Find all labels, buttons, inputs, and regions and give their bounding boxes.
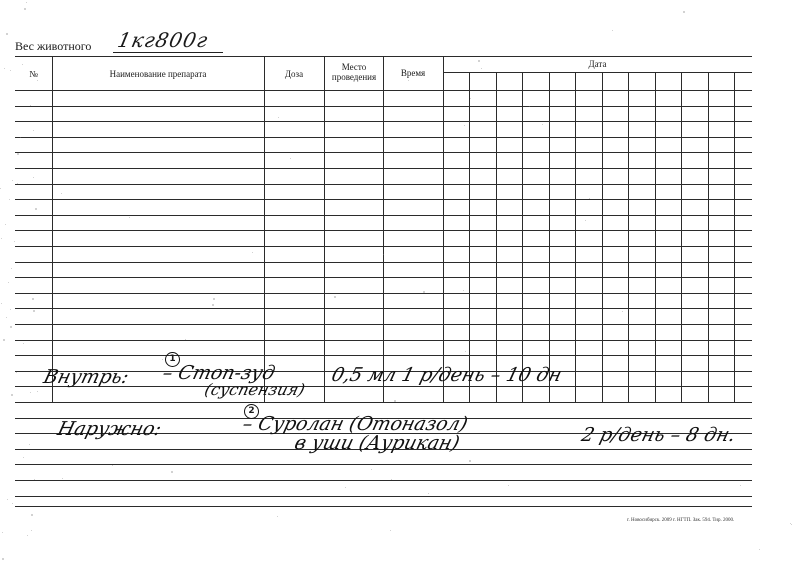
date-column-line [681,72,682,403]
scan-speck [481,68,482,69]
scan-speck [9,199,10,200]
row-line [15,496,752,497]
scan-speck [11,268,12,269]
scan-speck [22,64,23,65]
date-column-line [734,72,735,403]
scan-speck [23,343,24,344]
scan-speck [622,311,623,312]
scan-speck [750,418,751,419]
scan-speck [30,105,31,106]
scan-speck [12,503,13,504]
scan-speck [10,326,12,328]
header-dose: Доза [264,69,324,79]
date-column-line [602,72,603,403]
scan-speck [212,304,214,306]
header-time: Время [383,68,443,78]
scan-speck [383,254,384,255]
scan-speck [31,514,33,516]
column-line [324,56,325,403]
entry-1-drug-note: (суспензия) [203,380,307,399]
scan-speck [213,298,215,300]
scan-speck [37,391,38,392]
scan-speck [29,444,30,445]
scan-speck [33,310,35,312]
entry-1-dose-schedule: 0,5 мл 1 р/день – 10 дн [329,364,564,386]
date-column-line [522,72,523,403]
entry-2-dose-schedule: 2 р/день – 8 дн. [579,424,738,446]
scan-speck [27,535,28,536]
animal-weight-underline [113,52,223,53]
row-line [15,464,752,465]
scan-speck [3,339,5,341]
scan-speck [62,478,63,479]
scan-speck [478,60,480,62]
scan-speck [258,402,259,403]
scan-speck [11,394,13,396]
scan-speck [334,296,336,298]
scan-speck [585,220,586,221]
scan-speck [589,198,590,199]
scan-speck [171,471,173,473]
header-number: № [15,69,52,79]
scan-speck [33,130,34,131]
scan-speck [423,291,425,293]
column-line [52,56,53,403]
scan-speck [7,499,8,500]
scan-speck [1,238,2,239]
scan-speck [290,158,291,159]
scan-speck [30,73,31,74]
animal-weight-label: Вес животного [15,39,91,54]
scan-speck [31,530,32,531]
scan-speck [37,80,38,81]
scan-speck [8,282,9,283]
row-line [15,480,752,481]
scan-speck [371,469,372,470]
scan-speck [508,485,509,486]
scan-speck [162,359,163,360]
column-line [264,56,265,403]
date-column-line [549,72,550,403]
scan-speck [6,33,8,35]
date-column-line [575,72,576,403]
scan-speck [390,530,391,531]
header-place: Место проведения [330,62,378,82]
header-drug-name: Наименование препарата [52,69,264,79]
date-subheader-line [443,72,752,73]
scan-speck [23,457,24,458]
scan-speck [10,309,11,310]
scan-speck [740,485,741,486]
scan-speck [0,188,1,189]
scan-speck [4,68,5,69]
scan-speck [408,80,409,81]
scan-speck [345,487,346,488]
scan-speck [529,106,530,107]
scan-speck [1,303,2,304]
date-column-line [708,72,709,403]
scan-speck [35,208,37,210]
scan-speck [463,290,464,291]
date-column-line [496,72,497,403]
scan-speck [6,317,7,318]
column-line [443,56,444,403]
scan-speck [465,351,466,352]
bottom-line [15,506,752,507]
scan-speck [16,372,17,373]
date-column-line [628,72,629,403]
scan-speck [10,70,11,71]
scan-speck [278,117,279,118]
scan-speck [469,460,471,462]
scan-speck [428,493,429,494]
scan-speck [2,558,4,560]
animal-weight-value: 1кг800г [115,28,210,52]
scan-speck [5,224,6,225]
scan-speck [112,465,113,466]
scan-speck [26,2,27,3]
scan-speck [32,298,34,300]
scan-speck [129,217,130,218]
scan-speck [759,549,760,550]
scan-speck [683,11,685,13]
scan-speck [61,193,62,194]
date-column-line [655,72,656,403]
scan-speck [791,524,792,525]
scan-speck [17,153,19,155]
entry-2-route: Наружно: [55,418,164,440]
scan-speck [464,125,465,126]
scan-speck [12,180,13,181]
scan-speck [252,252,253,253]
scan-speck [2,532,3,533]
date-column-line [469,72,470,403]
scan-speck [30,392,31,393]
scan-speck [14,241,15,242]
scan-speck [542,124,543,125]
entry-1-route: Внутрь: [41,366,131,388]
scan-speck [612,30,613,31]
header-date: Дата [443,59,752,69]
scan-speck [277,516,278,517]
entry-2-drug-note: в уши (Аурикан) [292,432,462,454]
column-line [383,56,384,403]
scan-speck [24,8,26,10]
print-imprint: г. Новосибирск. 2009 г. НГТП. Зак. 594. … [627,518,734,523]
treatment-form-page: Вес животного 1кг800г № Наименование пре… [0,0,800,563]
scan-speck [33,177,34,178]
